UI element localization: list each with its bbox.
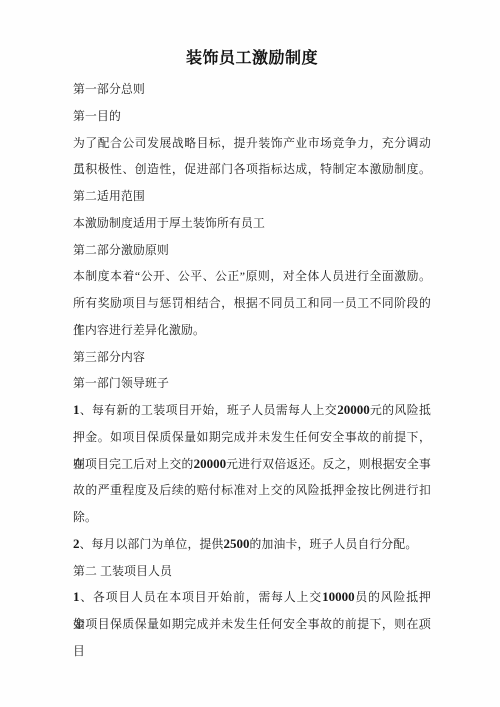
bold-number: 20000 [194,456,227,471]
document-body: 第一部分总则第一目的为了配合公司发展战略目标，提升装饰产业市场竞争力，充分调动员… [73,76,431,638]
text-line: 第二 工装项目人员 [73,558,431,585]
text-line: 第一部分总则 [73,76,431,103]
bold-number: 2500 [223,536,249,551]
text-segment: 如项目保质保量如期完成并未发生任何安全事故的前提下，则在项目 [73,617,431,658]
text-line: 第三部分内容 [73,344,431,371]
text-line: 2、每月以部门为单位，提供2500的加油卡，班子人员自行分配。 [73,531,431,558]
text-segment: 本激励制度适用于厚土装饰所有员工 [73,216,265,230]
text-segment: 的加油卡，班子人员自行分配。 [249,537,417,551]
document-page: 装饰员工激励制度 第一部分总则第一目的为了配合公司发展战略目标，提升装饰产业市场… [0,0,500,707]
text-line: 工积极性、创造性，促进部门各项指标达成，特制定本激励制度。 [73,156,431,183]
text-line: 第一部门领导班子 [73,370,431,397]
text-line: 押金。如项目保质保量如期完成并未发生任何安全事故的前提下，则 [73,424,431,451]
text-segment: 元进行双倍返还。反之，则根据安全事 [226,457,431,471]
text-line: 第二适用范围 [73,183,431,210]
bold-number: 10000 [322,589,355,604]
text-line: 作内容进行差异化激励。 [73,317,431,344]
text-segment: 除。 [73,510,97,524]
text-line: 为了配合公司发展战略目标，提升装饰产业市场竞争力，充分调动员 [73,130,431,157]
text-line: 本激励制度适用于厚土装饰所有员工 [73,210,431,237]
text-line: 如项目保质保量如期完成并未发生任何安全事故的前提下，则在项目 [73,611,431,638]
text-line: 1、各项目人员在本项目开始前，需每人上交10000员的风险抵押金。 [73,584,431,611]
text-segment: 本制度本着“公开、公平、公正”原则，对全体人员进行全面激励。 [73,269,431,283]
text-segment: 、每月以部门为单位，提供 [80,537,224,551]
bold-number: 20000 [337,402,370,417]
text-segment: 在项目完工后对上交的 [73,457,194,471]
text-segment: 第一目的 [73,109,121,123]
text-segment: 元的风险抵 [370,403,431,417]
text-line: 在项目完工后对上交的20000元进行双倍返还。反之，则根据安全事 [73,451,431,478]
text-line: 第一目的 [73,103,431,130]
text-line: 本制度本着“公开、公平、公正”原则，对全体人员进行全面激励。 [73,263,431,290]
document-title: 装饰员工激励制度 [73,46,431,72]
text-segment: 工积极性、创造性，促进部门各项指标达成，特制定本激励制度。 [73,162,431,176]
text-segment: 故的严重程度及后续的赔付标准对上交的风险抵押金按比例进行扣 [73,483,431,497]
text-segment: 作内容进行差异化激励。 [73,323,205,337]
text-segment: 、每有新的工装项目开始，班子人员需每人上交 [80,403,338,417]
text-line: 第二部分激励原则 [73,237,431,264]
text-segment: 第一部门领导班子 [73,376,169,390]
text-line: 1、每有新的工装项目开始，班子人员需每人上交20000元的风险抵 [73,397,431,424]
text-segment: 、各项目人员在本项目开始前，需每人上交 [80,590,323,604]
text-segment: 第二部分激励原则 [73,243,169,257]
text-line: 所有奖励项目与惩罚相结合，根据不同员工和同一员工不同阶段的工 [73,290,431,317]
text-line: 故的严重程度及后续的赔付标准对上交的风险抵押金按比例进行扣 [73,477,431,504]
text-segment: 第三部分内容 [73,350,145,364]
text-segment: 第二 工装项目人员 [73,564,172,578]
text-line: 除。 [73,504,431,531]
text-segment: 第一部分总则 [73,82,145,96]
text-segment: 第二适用范围 [73,189,145,203]
